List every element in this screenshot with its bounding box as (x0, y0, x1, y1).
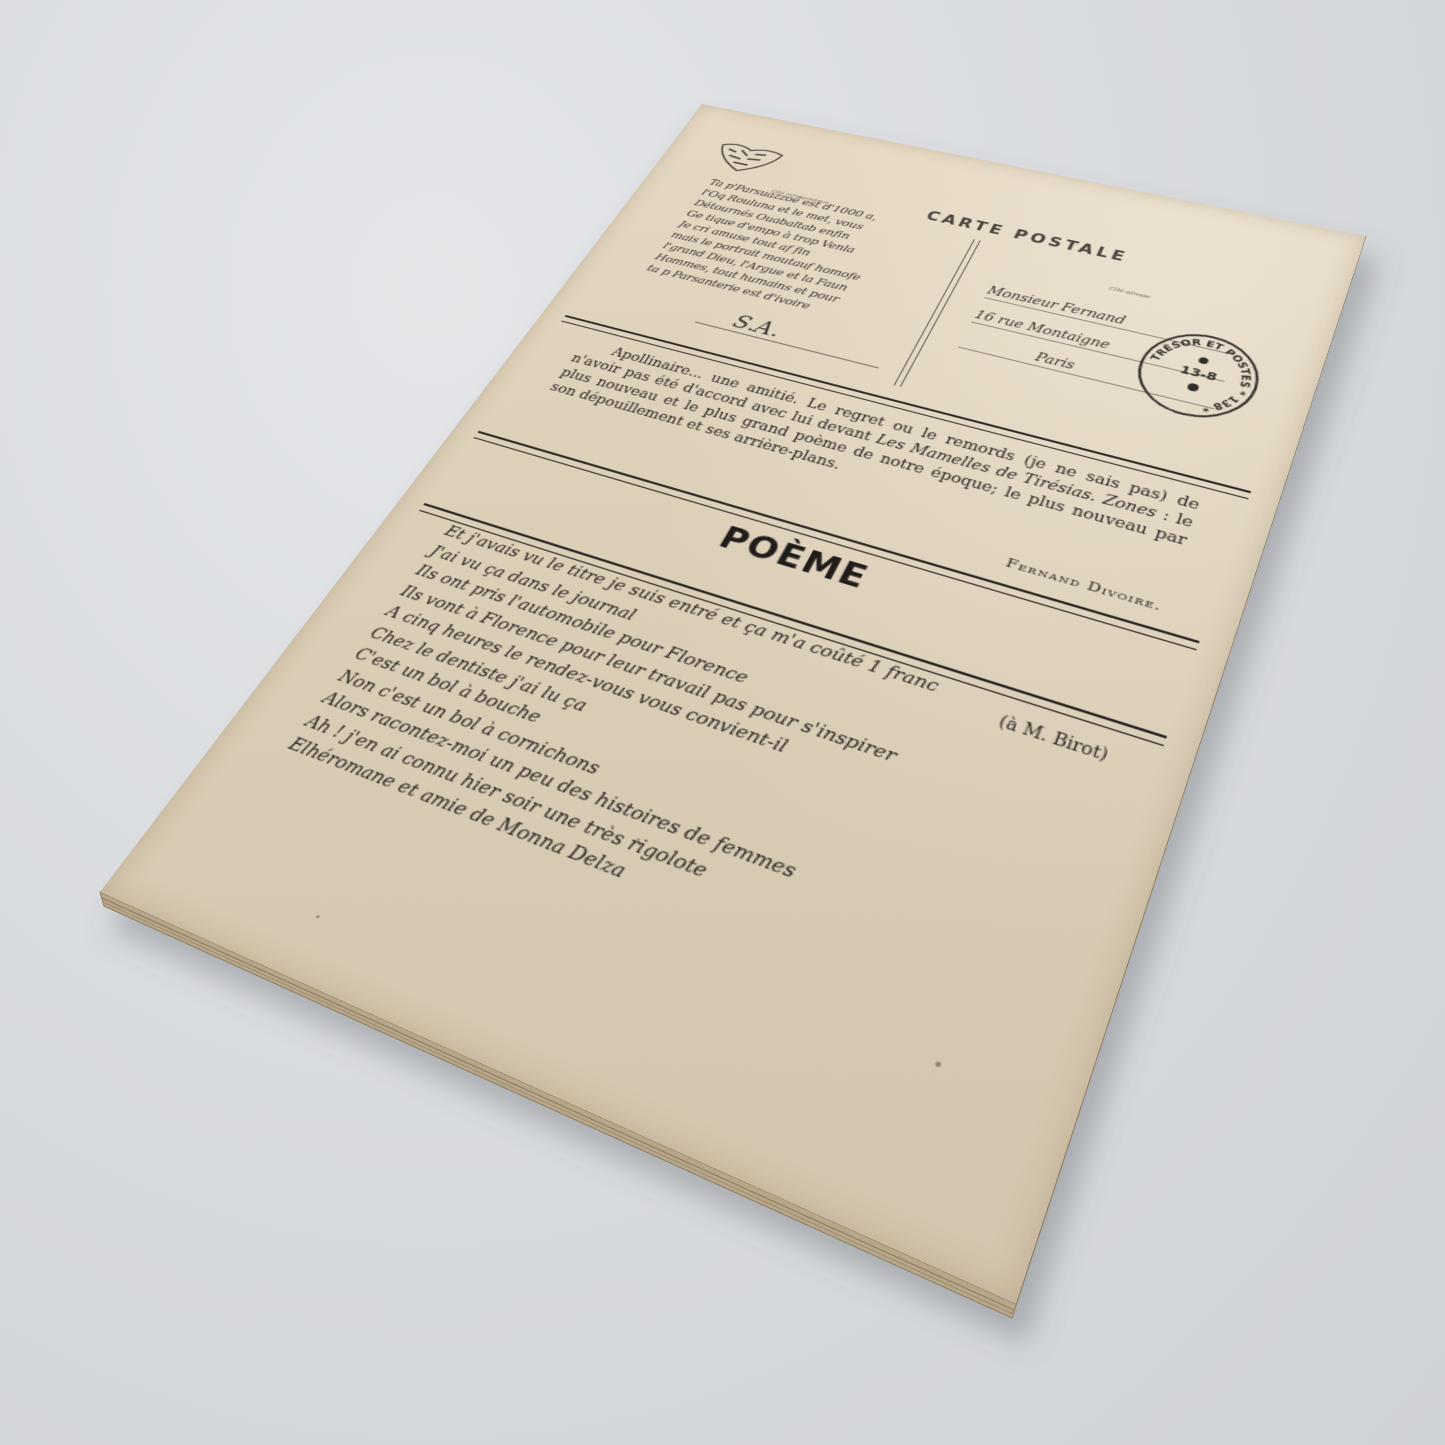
postcard-handwritten-message: Ta p'Parsuazzoé est d'1000 a, l'Oq Roulu… (644, 177, 975, 340)
postcard-label-address: Côté adresse (1108, 286, 1151, 300)
paper-speck (935, 1061, 942, 1068)
booklet-page: CARTE POSTALE Côté correspondance Côté a… (100, 104, 1366, 1304)
photo-scene: CARTE POSTALE Côté correspondance Côté a… (0, 0, 1445, 1445)
paper-speck (316, 915, 321, 919)
heart-seal-icon (701, 137, 792, 181)
